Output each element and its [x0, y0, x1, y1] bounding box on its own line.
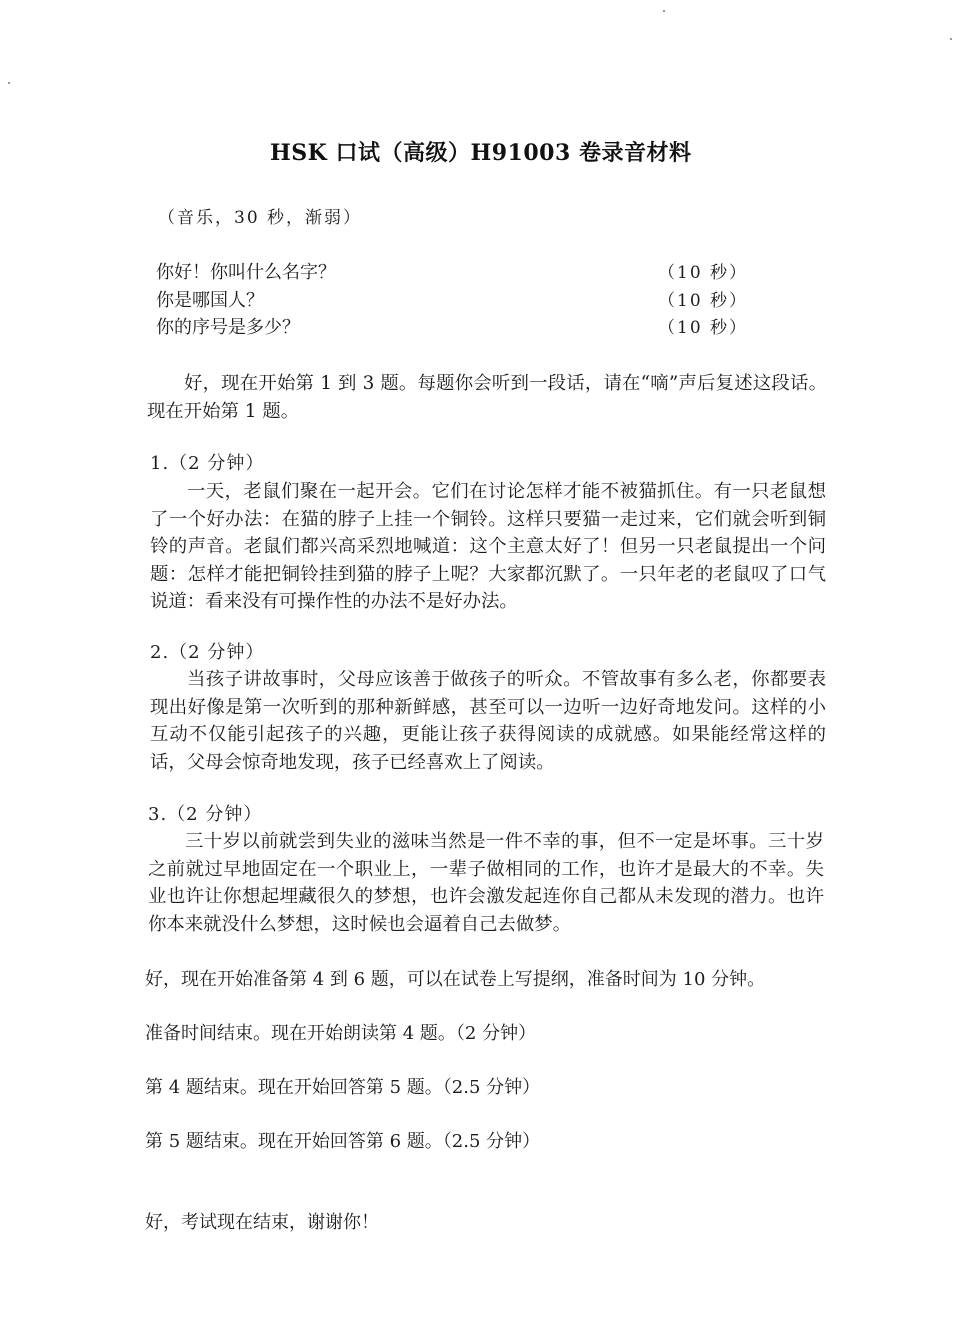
music-intro-note: （音乐，30 秒，渐弱） [158, 203, 362, 228]
item-1-passage: 一天，老鼠们聚在一起开会。它们在讨论怎样才能不被猫抓住。有一只老鼠想了一个好办法… [150, 478, 826, 616]
item-1-heading: 1.（2 分钟） [150, 449, 264, 475]
item-2-passage: 当孩子讲故事时，父母应该善于做孩子的听众。不管故事有多么老，你都要表现出好像是第… [150, 666, 826, 776]
instruction-questions-4-6: 好，现在开始准备第 4 到 6 题，可以在试卷上写提纲，准备时间为 10 分钟。 [145, 966, 765, 993]
preparation-end-note: 准备时间结束。现在开始朗读第 4 题。（2 分钟） [145, 1020, 536, 1047]
scan-speck [950, 38, 952, 40]
scan-speck [663, 10, 665, 12]
item-3-passage: 三十岁以前就尝到失业的滋味当然是一件不幸的事，但不一定是坏事。三十岁之前就过早地… [148, 828, 824, 938]
greeting-duration: （10 秒） [658, 313, 748, 338]
scan-speck [8, 82, 10, 84]
closing-remark: 好，考试现在结束，谢谢你！ [145, 1209, 379, 1236]
question-4-end-note: 第 4 题结束。现在开始回答第 5 题。（2.5 分钟） [145, 1074, 540, 1101]
item-2-heading: 2.（2 分钟） [150, 638, 264, 664]
item-3-heading: 3.（2 分钟） [148, 800, 262, 826]
greeting-question: 你是哪国人？ [156, 286, 264, 312]
question-5-end-note: 第 5 题结束。现在开始回答第 6 题。（2.5 分钟） [145, 1128, 540, 1155]
scanned-document-page: HSK 口试（高级）H91003 卷录音材料 （音乐，30 秒，渐弱） 你好！你… [0, 0, 960, 1330]
greeting-duration: （10 秒） [658, 258, 748, 283]
instruction-questions-1-3: 好，现在开始第 1 到 3 题。每题你会听到一段话，请在“嘀”声后复述这段话。现… [147, 370, 827, 425]
greeting-question: 你的序号是多少？ [156, 313, 300, 339]
document-title: HSK 口试（高级）H91003 卷录音材料 [270, 136, 691, 167]
greeting-question: 你好！你叫什么名字？ [156, 258, 336, 284]
greeting-duration: （10 秒） [658, 286, 748, 311]
